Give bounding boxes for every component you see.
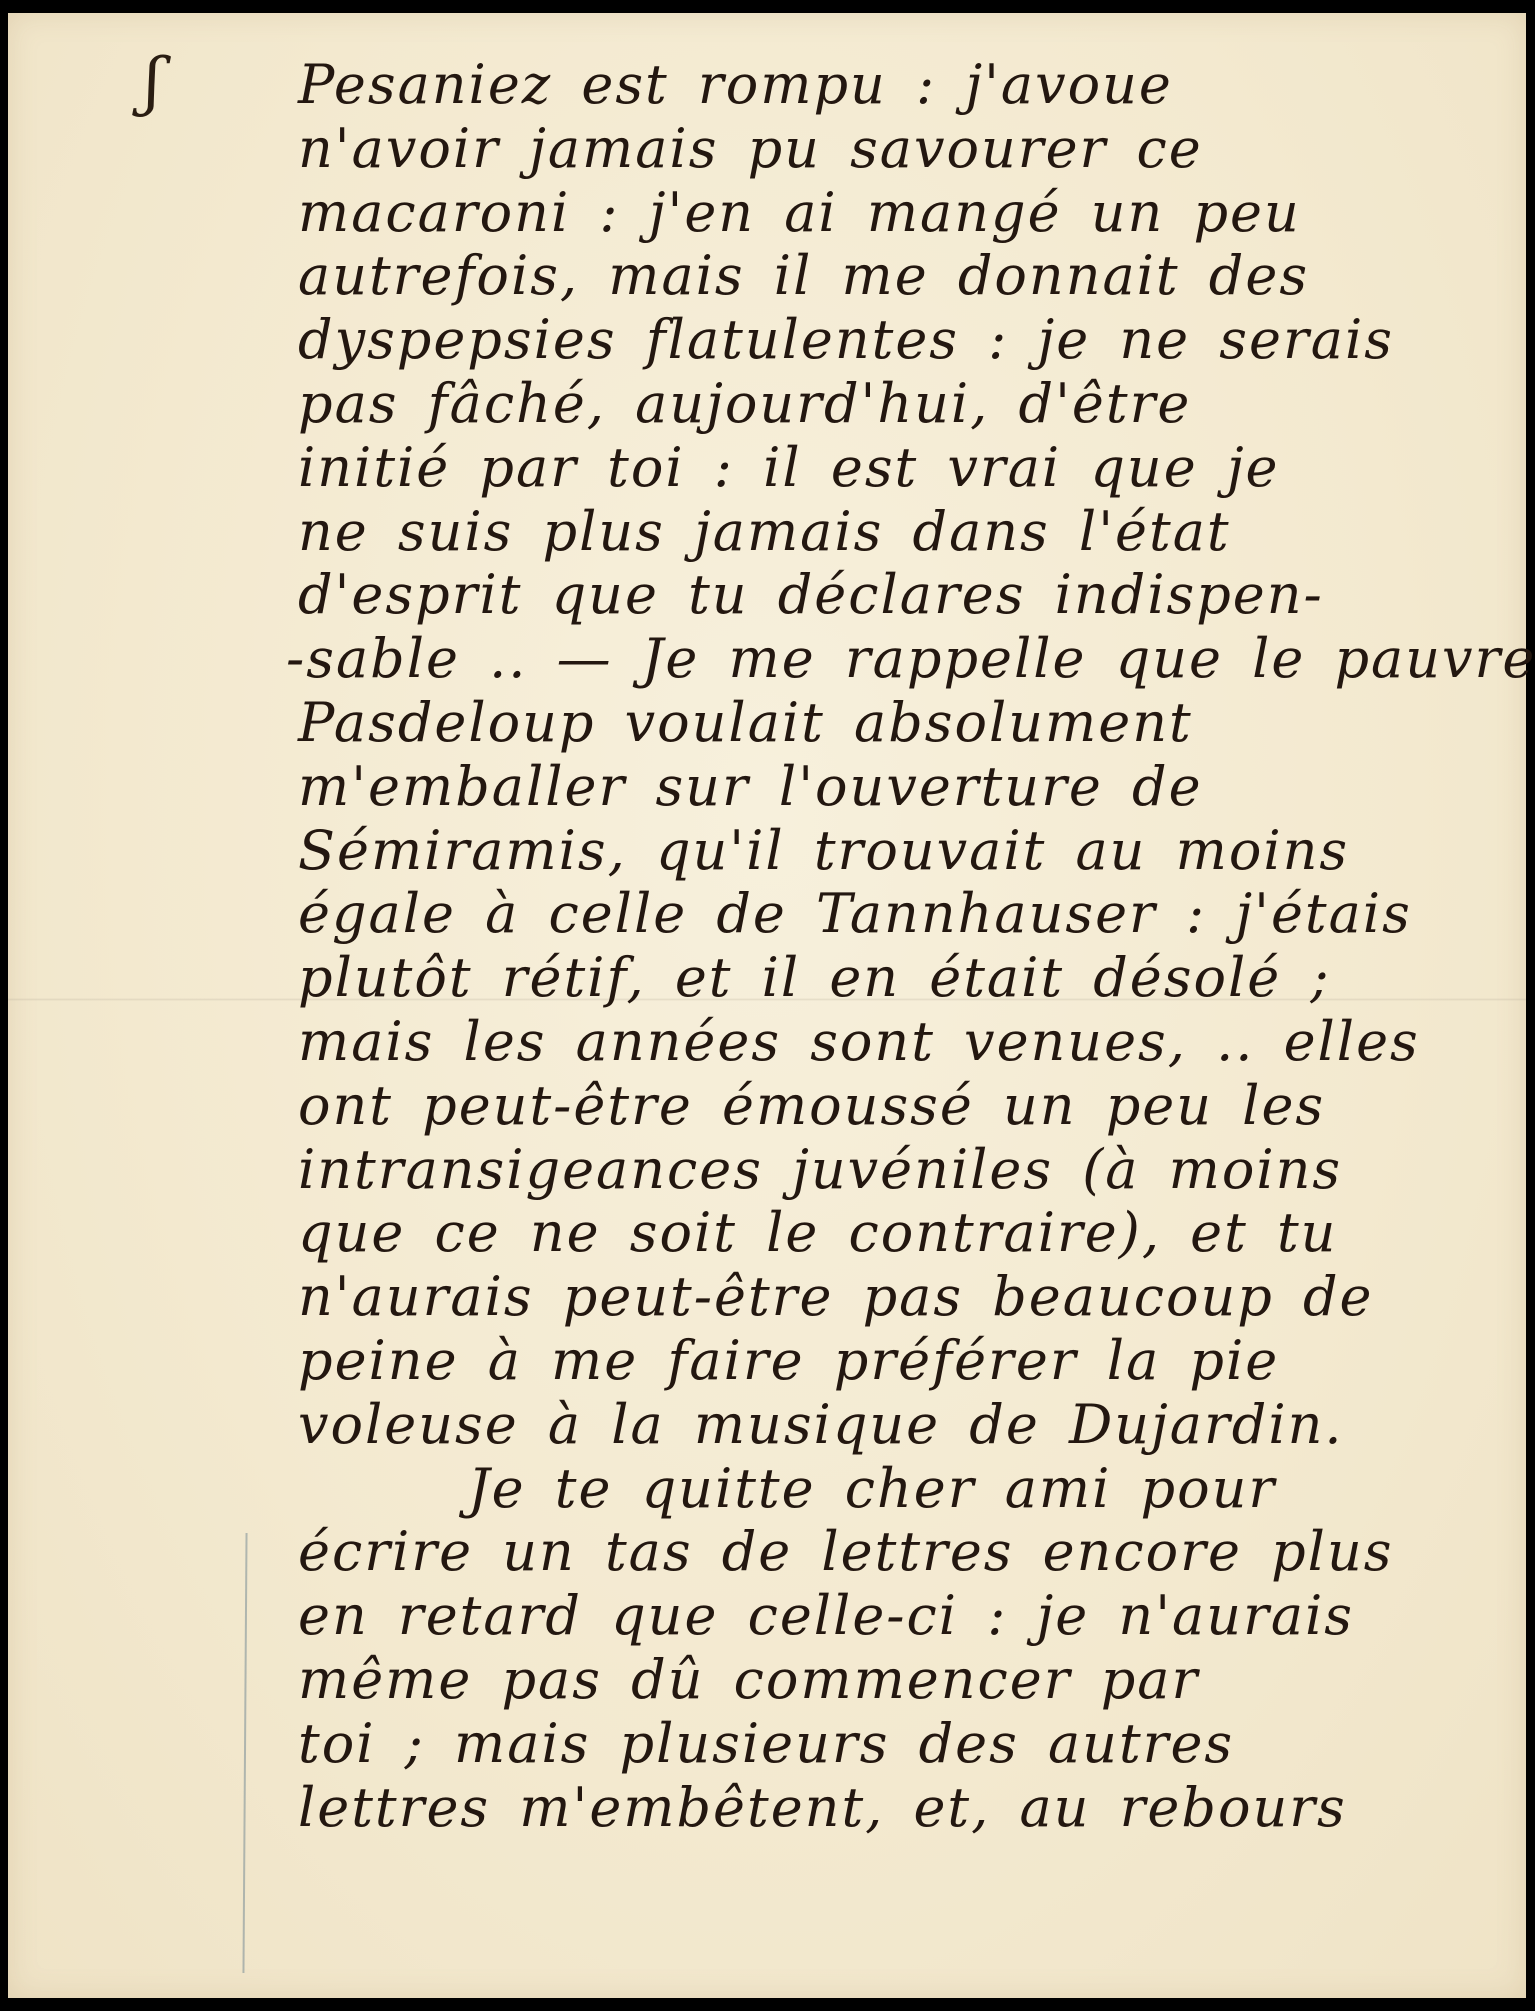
text-line: macaroni : j'en ai mangé un peu [298,181,1518,245]
text-line: ont peut-être émoussé un peu les [298,1074,1518,1138]
text-line: Sémiramis, qu'il trouvait au moins [298,819,1518,883]
text-line: intransigeances juvéniles (à moins [298,1138,1518,1202]
text-line: initié par toi : il est vrai que je [298,436,1518,500]
text-line: que ce ne soit le contraire), et tu [298,1201,1518,1265]
text-line: en retard que celle-ci : je n'aurais [298,1584,1518,1648]
text-line: n'aurais peut-être pas beaucoup de [298,1265,1518,1329]
pencil-margin-line [242,1533,247,1973]
text-line: peine à me faire préférer la pie [298,1329,1518,1393]
text-line: d'esprit que tu déclares indispen- [298,563,1518,627]
text-line: Pesaniez est rompu : j'avoue [298,53,1518,117]
text-line: ne suis plus jamais dans l'état [298,500,1518,564]
text-line: voleuse à la musique de Dujardin. [298,1393,1518,1457]
text-line: même pas dû commencer par [298,1648,1518,1712]
text-line: -sable .. — Je me rappelle que le pauvre [286,627,1518,691]
text-line: pas fâché, aujourd'hui, d'être [298,372,1518,436]
letter-page: ʃ Pesaniez est rompu : j'avoue n'avoir j… [8,13,1526,1998]
text-line: lettres m'embêtent, et, au rebours [298,1776,1518,1840]
text-line: autrefois, mais il me donnait des [298,244,1518,308]
text-line: Je te quitte cher ami pour [298,1457,1518,1521]
text-line: égale à celle de Tannhauser : j'étais [298,882,1518,946]
text-line: m'emballer sur l'ouverture de [298,755,1518,819]
text-line: dyspepsies flatulentes : je ne serais [298,308,1518,372]
text-line: Pasdeloup voulait absolument [298,691,1518,755]
text-line: écrire un tas de lettres encore plus [298,1520,1518,1584]
text-line: mais les années sont venues, .. elles [298,1010,1518,1074]
text-line: n'avoir jamais pu savourer ce [298,117,1518,181]
handwritten-text: Pesaniez est rompu : j'avoue n'avoir jam… [298,53,1518,1839]
text-line: plutôt rétif, et il en était désolé ; [298,946,1518,1010]
margin-mark: ʃ [144,45,161,119]
text-line: toi ; mais plusieurs des autres [298,1712,1518,1776]
